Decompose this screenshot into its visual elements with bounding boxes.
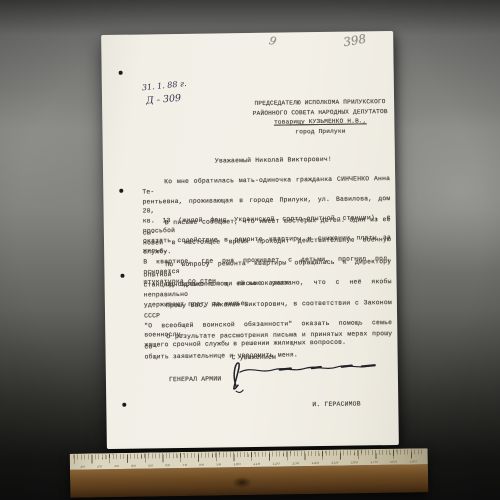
wooden-ruler: 10 20 30 40 50 60 70 80 90 100 110 120 1…: [70, 448, 429, 498]
ink-number-note: Д - 309: [146, 93, 182, 107]
pencil-page-number: 398: [342, 32, 367, 50]
punch-hole-dot: [120, 274, 124, 278]
ink-date-note: 31. 1. 88 г.: [141, 79, 186, 92]
ruler-wood-body: [70, 464, 428, 498]
pencil-squiggle-mark: 9: [268, 34, 278, 48]
punch-hole-dot: [119, 189, 123, 193]
signature-icon: [222, 354, 387, 396]
addressee-block: ПРЕДСЕДАТЕЛЮ ИСПОЛКОМА ПРИЛУКСКОГО РАЙОН…: [250, 97, 391, 137]
signer-name: И. ГЕРАСИМОВ: [312, 399, 361, 409]
document-paper: 9 398 31. 1. 88 г. Д - 309 ПРЕДСЕДАТЕЛЮ …: [101, 31, 399, 449]
signer-rank: ГЕНЕРАЛ АРМИИ: [169, 374, 222, 385]
salutation: Уважаемый Николай Викторович!: [215, 155, 332, 166]
punch-hole-dot: [119, 71, 123, 75]
photo-of-document: 9 398 31. 1. 88 г. Д - 309 ПРЕДСЕДАТЕЛЮ …: [0, 0, 500, 500]
addressee-line-4: город Прилуки: [250, 126, 390, 138]
punch-hole-dot: [122, 403, 126, 407]
